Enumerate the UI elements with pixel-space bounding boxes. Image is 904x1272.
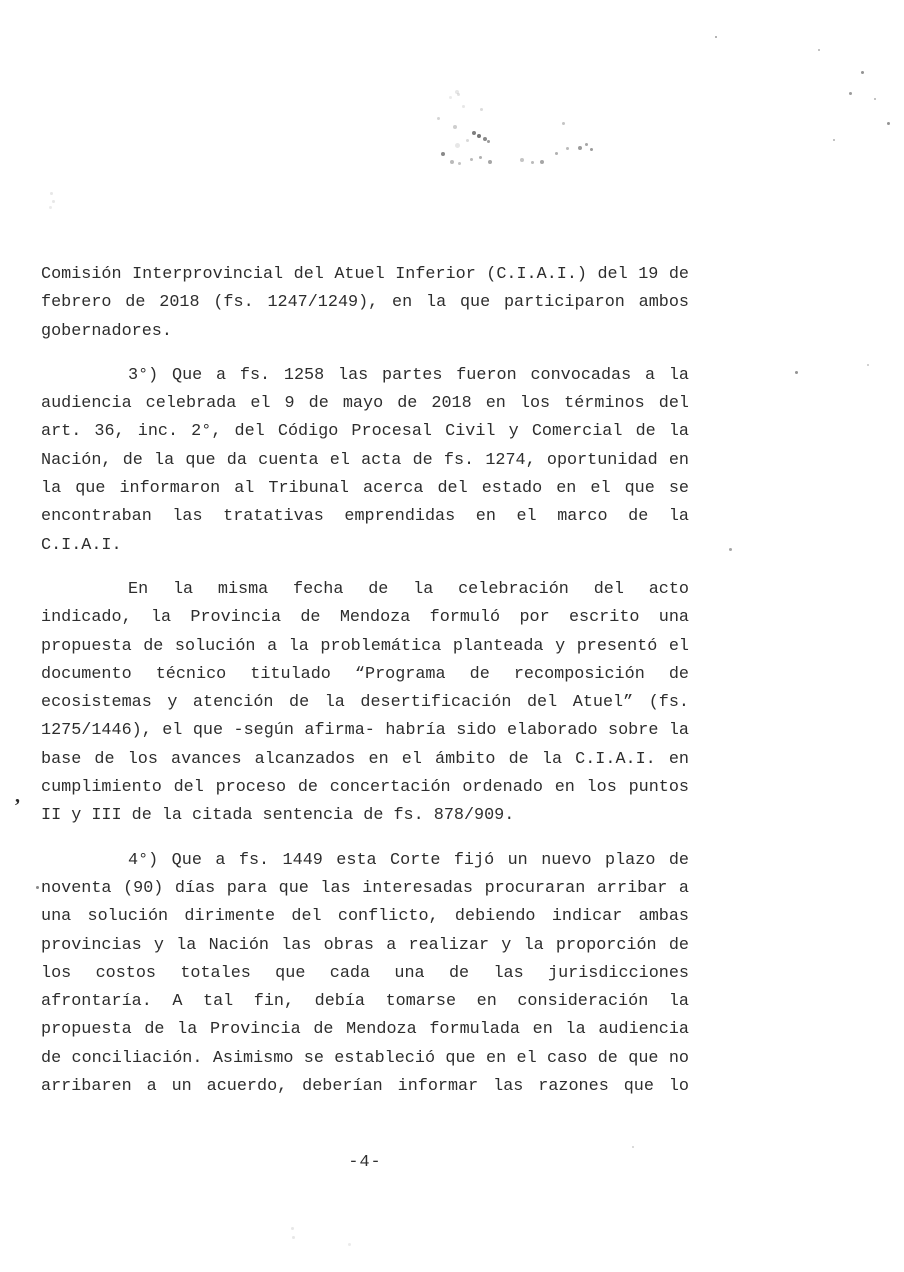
text-line: documento técnico titulado “Programa de … xyxy=(41,661,689,689)
paragraph: 4°) Que a fs. 1449 esta Corte fijó un nu… xyxy=(41,847,689,1102)
scan-speck xyxy=(833,139,835,141)
scan-speck xyxy=(861,71,864,74)
scan-speck xyxy=(292,1236,295,1239)
scan-speck xyxy=(348,1243,351,1246)
scan-speck xyxy=(795,371,798,374)
text-line: audiencia celebrada el 9 de mayo de 2018… xyxy=(41,390,689,418)
scan-speck xyxy=(715,36,717,38)
scan-speck xyxy=(887,122,890,125)
text-line: propuesta de solución a la problemática … xyxy=(41,633,689,661)
scan-speck xyxy=(36,886,39,889)
document-body: Comisión Interprovincial del Atuel Infer… xyxy=(41,261,689,1101)
text-line: 1275/1446), el que -según afirma- habría… xyxy=(41,717,689,745)
margin-pen-mark: ’ xyxy=(14,795,21,818)
text-line: gobernadores. xyxy=(41,318,689,346)
text-line: los costos totales que cada una de las j… xyxy=(41,960,689,988)
text-line: una solución dirimente del conflicto, de… xyxy=(41,903,689,931)
scan-speck xyxy=(291,1227,294,1230)
page-number: -4- xyxy=(41,1149,689,1177)
text-line: indicado, la Provincia de Mendoza formul… xyxy=(41,604,689,632)
text-line: de conciliación. Asimismo se estableció … xyxy=(41,1045,689,1073)
text-line: provincias y la Nación las obras a reali… xyxy=(41,932,689,960)
scan-speck xyxy=(849,92,852,95)
text-line: la que informaron al Tribunal acerca del… xyxy=(41,475,689,503)
text-line: afrontaría. A tal fin, debía tomarse en … xyxy=(41,988,689,1016)
text-line: cumplimiento del proceso de concertación… xyxy=(41,774,689,802)
text-line: noventa (90) días para que las interesad… xyxy=(41,875,689,903)
ink-smudge-mark xyxy=(395,75,645,175)
scan-speck xyxy=(867,364,869,366)
scan-speck xyxy=(729,548,732,551)
paragraph: 3°) Que a fs. 1258 las partes fueron con… xyxy=(41,362,689,560)
text-line: base de los avances alcanzados en el ámb… xyxy=(41,746,689,774)
scanned-document-page: ’ Comisión Interprovincial del Atuel Inf… xyxy=(0,0,904,1272)
paragraph: En la misma fecha de la celebración del … xyxy=(41,576,689,831)
scan-speck xyxy=(874,98,876,100)
text-line: art. 36, inc. 2°, del Código Procesal Ci… xyxy=(41,418,689,446)
text-line: arribaren a un acuerdo, deberían informa… xyxy=(41,1073,689,1101)
text-line: II y III de la citada sentencia de fs. 8… xyxy=(41,802,689,830)
text-line: propuesta de la Provincia de Mendoza for… xyxy=(41,1016,689,1044)
text-line: encontraban las tratativas emprendidas e… xyxy=(41,503,689,531)
scan-speck xyxy=(50,192,53,195)
scan-speck xyxy=(818,49,820,51)
text-line: Comisión Interprovincial del Atuel Infer… xyxy=(41,261,689,289)
scan-speck xyxy=(52,200,55,203)
text-line: En la misma fecha de la celebración del … xyxy=(41,576,689,604)
scan-speck xyxy=(49,206,52,209)
text-line: 4°) Que a fs. 1449 esta Corte fijó un nu… xyxy=(41,847,689,875)
scan-speck xyxy=(632,1146,634,1148)
paragraph: Comisión Interprovincial del Atuel Infer… xyxy=(41,261,689,346)
text-line: C.I.A.I. xyxy=(41,532,689,560)
text-line: Nación, de la que da cuenta el acta de f… xyxy=(41,447,689,475)
text-line: 3°) Que a fs. 1258 las partes fueron con… xyxy=(41,362,689,390)
text-line: ecosistemas y atención de la desertifica… xyxy=(41,689,689,717)
text-line: febrero de 2018 (fs. 1247/1249), en la q… xyxy=(41,289,689,317)
